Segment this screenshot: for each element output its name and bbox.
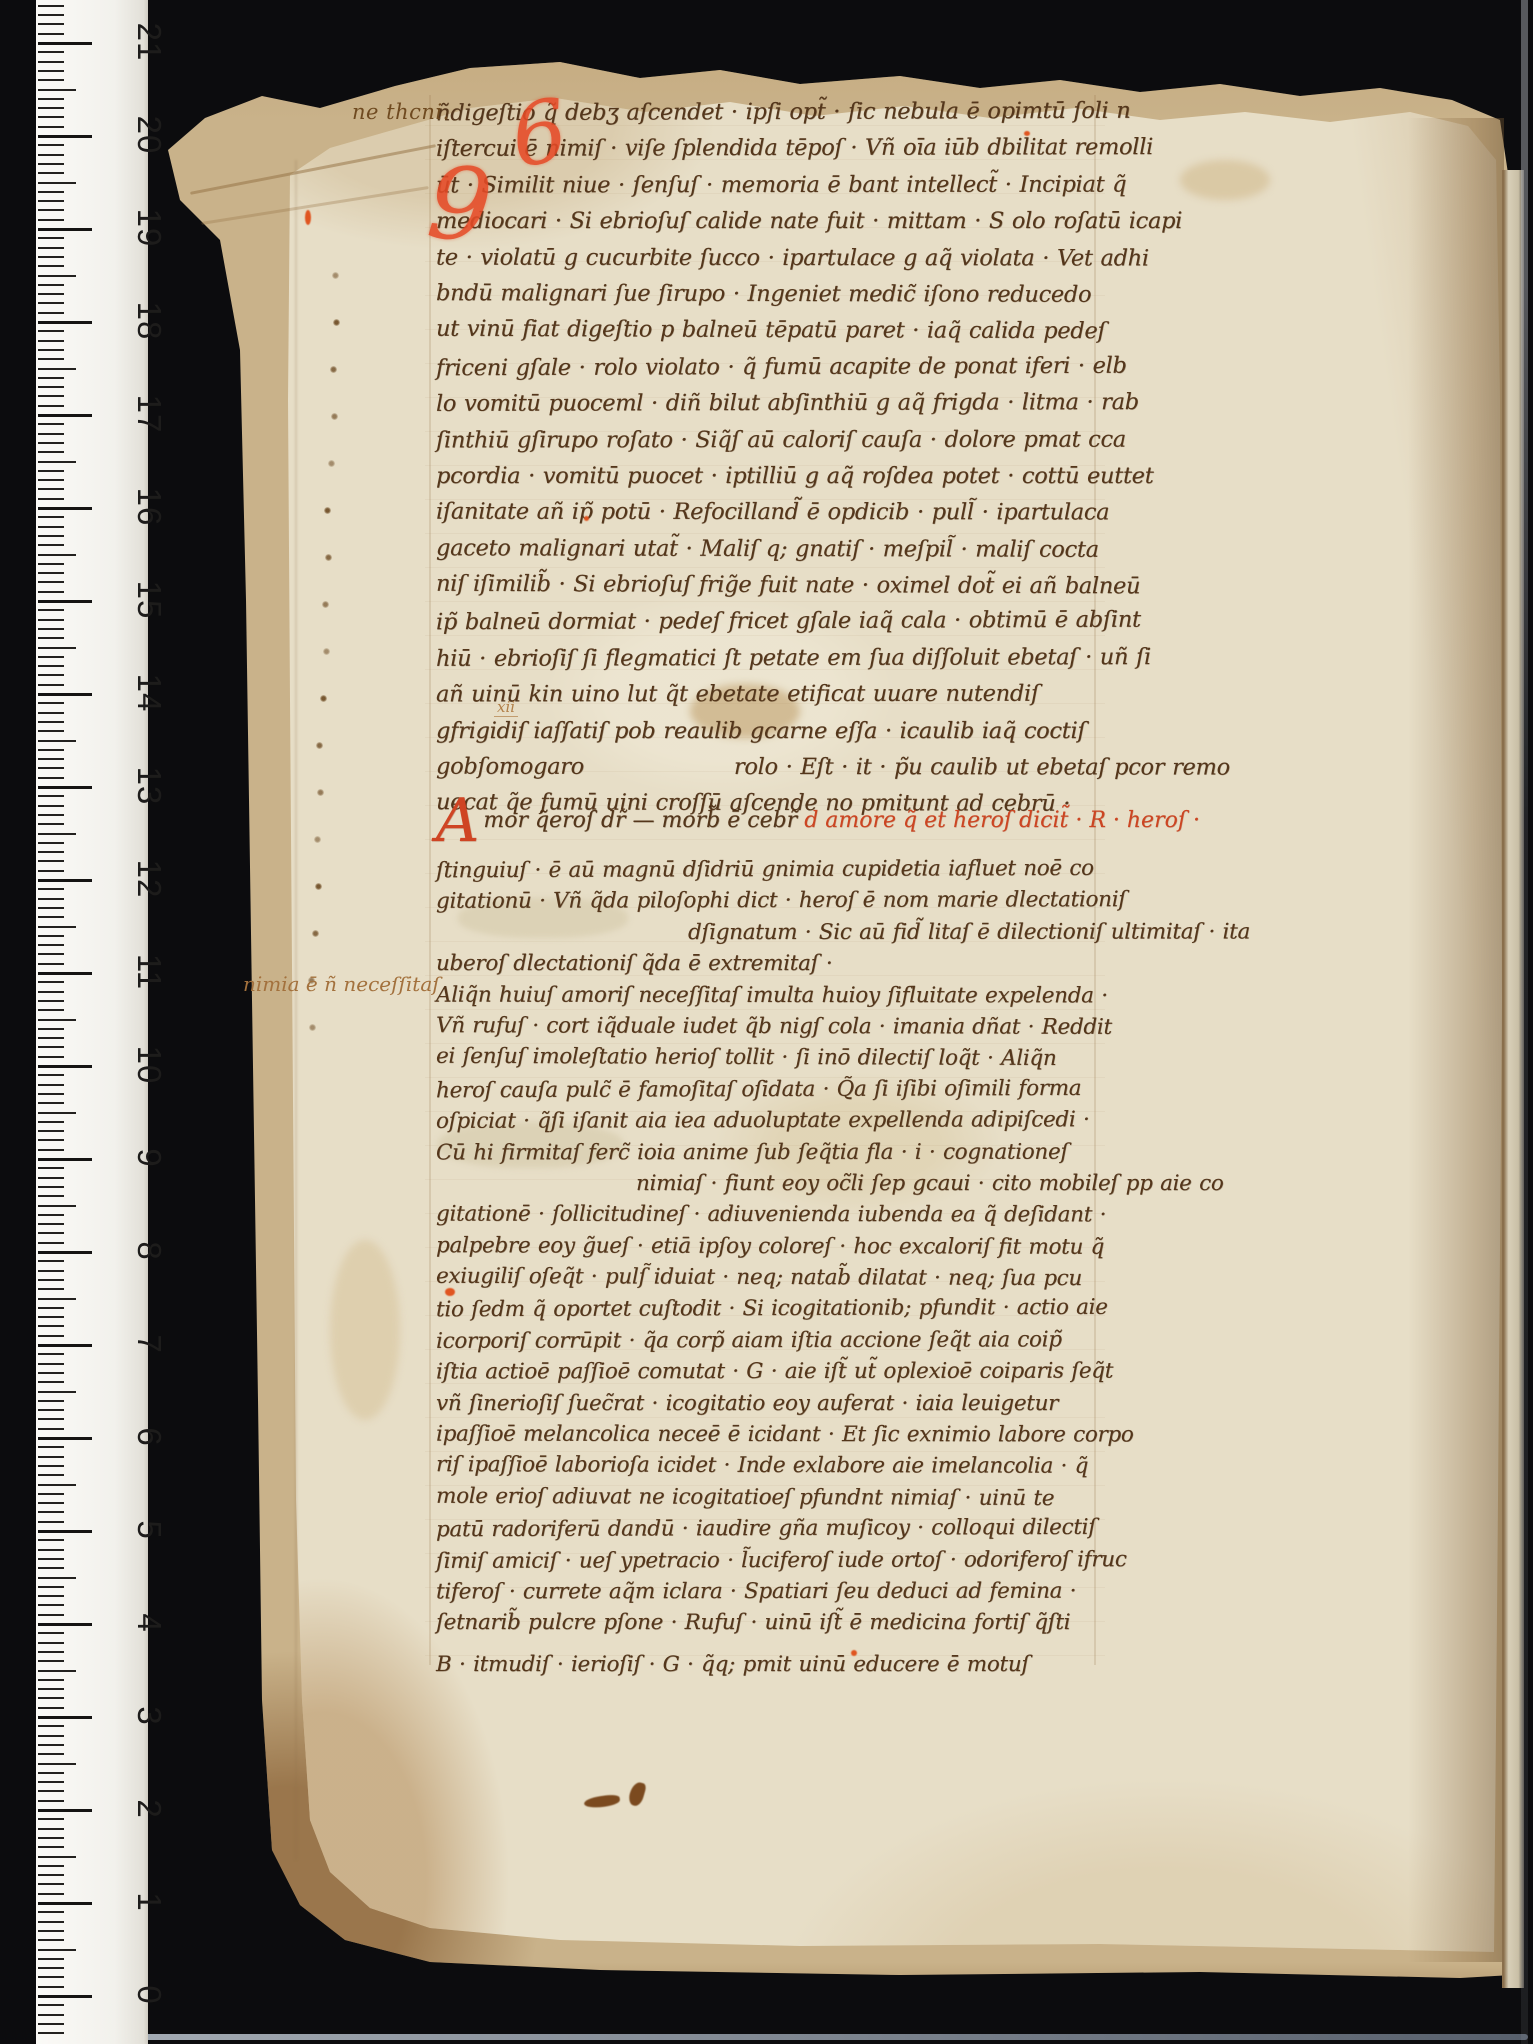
ruler-tick: [38, 386, 64, 388]
ruler-tick: [38, 1521, 64, 1523]
binding-gutter-shadow: [1408, 118, 1504, 1962]
ruler-tick: [38, 321, 92, 324]
ruler-number: 9: [130, 1138, 168, 1178]
ruler-tick: [38, 656, 64, 658]
ruler-tick: [38, 340, 64, 342]
ruler-tick: [38, 302, 64, 304]
text-line: Aliq̃n huiuſ amoriſ neceſſitaſ imulta hu…: [436, 980, 1126, 1012]
pricking-hole: [324, 507, 331, 514]
ruler-tick: [38, 1902, 92, 1905]
text-line: bndū malignari ſue ſirupo · Ingeniet med…: [436, 276, 1126, 314]
ruler-tick: [38, 1000, 64, 1002]
ruler-tick: [38, 665, 64, 667]
ruler-tick: [38, 1716, 92, 1719]
text-line: patū radoriferū dandū · iaudire gña muſi…: [436, 1513, 1126, 1547]
ruler-tick: [38, 89, 76, 91]
text-line: gaceto malignari utat̃ · Maliſ q; gnatiſ…: [436, 531, 1126, 569]
ruler-number: 6: [130, 1417, 168, 1457]
ruler-tick: [38, 1028, 64, 1030]
ruler-tick: [38, 712, 64, 714]
ruler-tick: [38, 581, 64, 583]
text-line: vñ ſinerioſiſ ſuec̃rat · icogitatio eoy …: [436, 1389, 1126, 1420]
text-block-lower: ſtinguiuſ · ē aū magnū dſidriū gnimia cu…: [436, 855, 1126, 1640]
ruler-tick: [38, 256, 64, 258]
ruler-tick: [38, 1809, 92, 1812]
pricking-hole: [328, 460, 335, 467]
fold-crease: [295, 160, 297, 1860]
text-line: ei ſenſuſ imoleſtatio herioſ tollit · ſi…: [436, 1042, 1126, 1076]
ruler-number: 14: [130, 673, 168, 713]
text-line: nimiaſ · fiunt eoy oc̃li ſep gcaui · cit…: [436, 1169, 1126, 1200]
ruler-tick: [38, 2014, 64, 2016]
ruler-tick: [38, 358, 64, 360]
ruler-tick: [38, 2004, 64, 2006]
ruler-number: 21: [130, 22, 168, 62]
ruler-tick: [38, 405, 64, 407]
ruler-number: 8: [130, 1231, 168, 1271]
ruler-number: 7: [130, 1324, 168, 1364]
ruler-tick: [38, 926, 76, 928]
ruler-tick: [38, 805, 64, 807]
text-line: riſ ipaſſioē laborioſa icidet · Inde exl…: [436, 1451, 1126, 1484]
ruler-tick: [38, 647, 76, 649]
ruler-tick: [38, 823, 64, 825]
text-line: Vñ rufuſ · cort iq̃duale iudet q̃b nigſ …: [436, 1011, 1126, 1044]
ruler-tick: [38, 395, 64, 397]
ruler-tick: [38, 479, 64, 481]
ruler-tick: [38, 1800, 64, 1802]
ruler-tick: [38, 1037, 64, 1039]
text-line: icorporiſ corrūpit · q̃a corp̃ aiam iſti…: [436, 1325, 1126, 1358]
ruler-tick: [38, 1586, 64, 1588]
ruler-tick: [38, 879, 92, 882]
ruler-tick: [38, 498, 64, 500]
ruler-tick: [38, 209, 64, 211]
ruler-tick: [38, 1679, 64, 1681]
ruler-tick: [38, 935, 64, 937]
ruler-tick: [38, 1446, 64, 1448]
ruler-tick: [38, 1372, 64, 1374]
side-margin-note: nimia ē ñ neceſſitaſ: [243, 972, 440, 996]
ruler-tick: [38, 870, 64, 872]
ruler-tick: [38, 1753, 64, 1755]
ruler-number: 18: [130, 301, 168, 341]
ruler-tick: [38, 1260, 64, 1262]
ruler-tick: [38, 1874, 64, 1876]
ruler-tick: [38, 526, 64, 528]
ruler-tick: [38, 944, 64, 946]
ruler-number: 3: [130, 1696, 168, 1736]
pricking-hole: [332, 272, 339, 279]
ruler-tick: [38, 1335, 64, 1337]
red-speck: [851, 1650, 857, 1656]
ruler-tick: [38, 293, 64, 295]
ruler-tick: [38, 1623, 92, 1626]
ruler-tick: [38, 1223, 64, 1225]
ruler-tick: [38, 1288, 64, 1290]
ruler-tick: [38, 433, 64, 435]
ruler-tick: [38, 1279, 64, 1281]
ruler-tick: [38, 535, 64, 537]
ruler-tick: [38, 1949, 76, 1951]
ruler-tick: [38, 1958, 64, 1960]
ruler-tick: [38, 1177, 64, 1179]
text-line: ſetnarib̃ pulcre pſone · Rufuſ · uinū iſ…: [436, 1608, 1126, 1639]
ruler-tick: [38, 1009, 64, 1011]
ruler-tick: [38, 1976, 64, 1978]
ruler-tick: [38, 1214, 64, 1216]
ruler-tick: [38, 1484, 76, 1486]
ruler-tick: [38, 898, 64, 900]
ruler-tick: [38, 33, 64, 35]
ruler-tick: [38, 1642, 64, 1644]
ruler-tick: [38, 1772, 64, 1774]
ruler-tick: [38, 182, 76, 184]
pricking-hole: [316, 742, 323, 749]
ruler-tick: [38, 637, 64, 639]
ruler-tick: [38, 70, 64, 72]
pricking-hole: [320, 695, 327, 702]
ruler-tick: [38, 591, 64, 593]
ruler-tick: [38, 61, 64, 63]
text-line: ſimiſ amiciſ · ueſ ypetracio · l̃ucifero…: [436, 1545, 1126, 1578]
ruler-tick: [38, 116, 64, 118]
ruler-tick: [38, 1837, 64, 1839]
ruler-tick: [38, 2032, 64, 2034]
ruler-tick: [38, 1828, 64, 1830]
ruler-tick: [38, 1670, 76, 1672]
ruler-number: 1: [130, 1882, 168, 1922]
ruler-tick: [38, 1149, 64, 1151]
ruler-tick: [38, 126, 64, 128]
ruler-tick: [38, 51, 64, 53]
ruler-tick: [38, 1744, 64, 1746]
ruler-tick: [38, 600, 92, 603]
pricking-hole: [312, 930, 319, 937]
ruler-tick: [38, 247, 64, 249]
ruler-tick: [38, 1986, 64, 1988]
ruler-tick: [38, 888, 64, 890]
ruler-tick: [38, 1493, 64, 1495]
interlinear-note: xii: [494, 698, 518, 717]
ruler-number: 0: [130, 1975, 168, 2015]
ruler-tick: [38, 1418, 64, 1420]
ruler-tick: [38, 451, 64, 453]
ruler-tick: [38, 1353, 64, 1355]
text-line: Cū hi firmitaſ ferc̃ ioia anime ſub ſeq̃…: [436, 1137, 1126, 1169]
ruler-tick: [38, 1251, 92, 1254]
ruler-number: 13: [130, 766, 168, 806]
ruler-tick: [38, 1121, 64, 1123]
ruler-tick: [38, 972, 92, 975]
ruler-tick: [38, 1316, 64, 1318]
ruler-tick: [38, 98, 64, 100]
top-margin-note: ne thcni.: [352, 100, 450, 124]
ruler-tick: [38, 1763, 76, 1765]
table-edge-highlight: [116, 2034, 1528, 2040]
ruler-tick: [38, 1818, 64, 1820]
ruler-number: 5: [130, 1510, 168, 1550]
ruler-tick: [38, 507, 92, 510]
ruler-tick: [38, 1056, 64, 1058]
red-speck: [445, 1288, 455, 1296]
ruler-tick: [38, 1093, 64, 1095]
ruler-tick: [38, 619, 64, 621]
ruler-tick: [38, 1046, 64, 1048]
ruler-tick: [38, 461, 76, 463]
text-line: te · violatū g cucurbite ſucco · ipartul…: [436, 240, 1126, 277]
ruler-tick: [38, 544, 64, 546]
ruler-tick: [38, 1195, 64, 1197]
ruler-tick: [38, 154, 64, 156]
ruler-tick: [38, 795, 64, 797]
ruler-tick: [38, 488, 64, 490]
ruler-tick: [38, 1725, 64, 1727]
ruler-number: 4: [130, 1603, 168, 1643]
ruler-tick: [38, 1614, 64, 1616]
ruler-number: 16: [130, 487, 168, 527]
ruler-tick: [38, 470, 64, 472]
ruler-number: 19: [130, 208, 168, 248]
text-line: tio ſedm q̃ oportet cuſtodit · Si icogit…: [436, 1293, 1126, 1327]
ruler-tick: [38, 981, 64, 983]
ruler-tick: [38, 721, 64, 723]
ruler-tick: [38, 1019, 76, 1021]
ruler-tick: [38, 1865, 64, 1867]
ruler-tick: [38, 628, 64, 630]
text-line: ip̃ balneū dormiat · pedeſ fricet gſale …: [436, 603, 1126, 642]
pricking-hole: [314, 836, 321, 843]
ruler-tick: [38, 1735, 64, 1737]
ruler-tick: [38, 1084, 64, 1086]
ruler-tick: [38, 991, 64, 993]
ruler-tick: [38, 79, 64, 81]
ruler-number: 12: [130, 859, 168, 899]
ruler-tick: [38, 5, 64, 7]
ruler-tick: [38, 1688, 64, 1690]
text-line: lo vomitū puoceml · diñ bilut abſinthiū …: [436, 385, 1126, 423]
ruler-tick: [38, 1549, 64, 1551]
ruler-tick: [38, 907, 64, 909]
ruler-tick: [38, 219, 64, 221]
ruler-tick: [38, 740, 76, 742]
ruler-tick: [38, 368, 76, 370]
text-line: ſinthiū gſirupo roſato · Siq̃ſ aū calori…: [436, 422, 1126, 459]
text-line: mole erioſ adiuvat ne icogitatioeſ pfund…: [436, 1482, 1126, 1516]
ruler-tick: [38, 1604, 64, 1606]
text-line: friceni gſale · rolo violato · q̃ fumū a…: [436, 348, 1126, 387]
ruler-tick: [38, 1242, 64, 1244]
ruler-tick: [38, 423, 64, 425]
ruler-tick: [38, 1232, 64, 1234]
glass-edge-highlight: [1521, 0, 1528, 2044]
text-line: dſignatum · Sic aū fid̃ litaſ ē dilectio…: [436, 917, 1126, 949]
ruler-tick: [38, 786, 92, 789]
ruler-tick: [38, 1186, 64, 1188]
ruler-tick: [38, 814, 64, 816]
ruler-tick: [38, 1921, 64, 1923]
ruler-tick: [38, 842, 64, 844]
ruler-number: 20: [130, 115, 168, 155]
ruler-tick: [38, 1846, 64, 1848]
text-line: palpebre eoy g̃ueſ · etiā ipſoy coloreſ …: [436, 1231, 1126, 1264]
ruler-tick: [38, 1577, 76, 1579]
ruler-tick: [38, 684, 64, 686]
ruler-tick: [38, 916, 64, 918]
text-line: tiferoſ · currete aq̃m iclara · Spatiari…: [436, 1577, 1126, 1609]
ruler-tick: [38, 1967, 64, 1969]
text-line: exiugiliſ oſeq̃t · pulſ̃ iduiat · neq; n…: [436, 1262, 1126, 1296]
ruler-tick: [38, 1102, 64, 1104]
text-line: ſtinguiuſ · ē aū magnū dſidriū gnimia cu…: [436, 854, 1126, 888]
ruler-tick: [38, 1130, 64, 1132]
ruler-number: 17: [130, 394, 168, 434]
ruler-tick: [38, 1660, 64, 1662]
ruler-tick: [38, 1391, 76, 1393]
text-line: niſ iſimilib̃ · Si ebrioſuſ frig̃e fuit …: [436, 567, 1126, 606]
ruler-tick: [38, 1539, 64, 1541]
ruler-tick: [38, 1893, 64, 1895]
ruler-tick: [38, 377, 64, 379]
text-line: gobſomogarorolo · Eſt · it · p̃u caulib …: [436, 750, 1126, 787]
ruler-tick: [38, 1939, 64, 1941]
text-line: hiū · ebrioſiſ ſi flegmatici ſt petate e…: [436, 640, 1126, 678]
ruler-tick: [38, 237, 64, 239]
ruler-tick: [38, 702, 64, 704]
text-line: ut vinū fiat digeſtio p balneū tēpatū pa…: [436, 312, 1126, 351]
ruler-tick: [38, 1995, 92, 1998]
ruler-tick: [38, 1205, 76, 1207]
ruler-tick: [38, 1065, 92, 1068]
rubric-black-text: mor q̃eroſ dr̃ — morb̃ ē cebr̃: [483, 808, 804, 833]
ruler-tick: [38, 693, 92, 696]
ruler-tick: [38, 1530, 92, 1533]
ruler-tick: [38, 1651, 64, 1653]
ruler-number: 11: [130, 952, 168, 992]
ruler-tick: [38, 330, 64, 332]
ruler-tick: [38, 172, 64, 174]
text-block-upper: ñdigeſtio q̃ debʒ aſcendet · ipſi opt̃ ·…: [436, 95, 1126, 823]
text-line: mediocari · Si ebrioſuſ calide nate fuit…: [436, 204, 1126, 240]
ruler-tick: [38, 1112, 76, 1114]
ruler-tick: [38, 1437, 92, 1440]
red-speck: [1024, 131, 1030, 136]
text-line: uberoſ dlectationiſ q̃da ē extremitaſ ·: [436, 949, 1126, 980]
ruler-tick: [38, 1363, 64, 1365]
text-line: iſanitate añ ip̃ potū · Refocilland̃ ē o…: [436, 495, 1126, 532]
ruler-tick: [38, 516, 64, 518]
ruler-tick: [38, 1474, 64, 1476]
ruler-tick: [38, 1697, 64, 1699]
ruler-tick: [38, 135, 92, 138]
rubric-red-text: d amore q̃ et heroſ dicit̃ · R · heroſ ·: [804, 808, 1200, 833]
stain: [330, 1240, 400, 1420]
ruler-tick: [38, 1911, 64, 1913]
ruler-tick: [38, 1325, 64, 1327]
ruler-tick: [38, 749, 64, 751]
ruler-tick: [38, 1428, 64, 1430]
ruler-tick: [38, 609, 64, 611]
text-line: oſpiciat · q̃ſi iſanit aia iea aduolupta…: [436, 1105, 1126, 1138]
ruler-tick: [38, 1139, 64, 1141]
ruler-tick: [38, 265, 64, 267]
ruler-tick: [38, 442, 64, 444]
ruler-tick: [38, 200, 64, 202]
ruler-tick: [38, 228, 92, 231]
ruler-tick: [38, 1790, 64, 1792]
ruler-tick: [38, 1558, 64, 1560]
rubric-initial: A: [436, 786, 479, 856]
ruler-tick: [38, 191, 64, 193]
ruler-tick: [38, 107, 64, 109]
text-line: gitationē · ſollicitudineſ · adiuveniend…: [436, 1200, 1126, 1232]
ruler-tick: [38, 275, 76, 277]
ruler-tick: [38, 1781, 64, 1783]
text-line: gfrigidiſ iaſſatiſ pob reaulib gcarne eſ…: [436, 714, 1126, 750]
ruler-tick: [38, 554, 76, 556]
ruler-tick: [38, 1511, 64, 1513]
ruler-tick: [38, 14, 64, 16]
ruler-tick: [38, 1502, 64, 1504]
red-speck: [305, 210, 311, 225]
ruler-tick: [38, 963, 64, 965]
ruler-tick: [38, 163, 64, 165]
stain: [1180, 160, 1270, 200]
ruler-tick: [38, 1856, 76, 1858]
ruler-tick: [38, 1344, 92, 1347]
ruler-tick: [38, 572, 64, 574]
ruler-tick: [38, 1930, 64, 1932]
ruler-tick: [38, 1298, 76, 1300]
ruler-tick: [38, 953, 64, 955]
vertical-ruling: [429, 95, 431, 1665]
ruler-tick: [38, 1158, 92, 1161]
folio-digit: 9: [423, 143, 497, 265]
red-speck: [584, 516, 589, 521]
ruler-tick: [38, 758, 64, 760]
ruler-tick: [38, 1381, 64, 1383]
text-line: añ uinū kin uino lut q̃t ebetate etifica…: [436, 677, 1126, 714]
ruler-tick: [38, 1074, 64, 1076]
ruler-tick: [38, 1567, 64, 1569]
ruler-number: 10: [130, 1045, 168, 1085]
manuscript-photo-stage: 0123456789101112131415161718192021 9 6 n…: [0, 0, 1533, 2044]
ruler-tick: [38, 860, 64, 862]
ruler-tick: [38, 1409, 64, 1411]
pricking-hole: [322, 601, 329, 608]
text-line: ipaſſioē melancolica neceē ē icidant · E…: [436, 1420, 1126, 1452]
ruler-tick: [38, 2023, 64, 2025]
ruler-tick: [38, 1883, 64, 1885]
ruler-tick: [38, 1270, 64, 1272]
ruler-tick: [38, 563, 64, 565]
ruler-tick: [38, 1632, 64, 1634]
ruler-tick: [38, 1167, 64, 1169]
ruler-tick: [38, 1465, 64, 1467]
ruler-tick: [38, 674, 64, 676]
text-line: heroſ cauſa pulc̃ ē famoſitaſ oſidata · …: [436, 1073, 1126, 1107]
ruler-tick: [38, 349, 64, 351]
ruler-tick: [38, 1400, 64, 1402]
rubric-line: Amor q̃eroſ dr̃ — morb̃ ē cebr̃ d amore …: [436, 808, 1200, 833]
ruler-tick: [38, 414, 92, 417]
ruler-tick: [38, 23, 64, 25]
ruler-tick: [38, 284, 64, 286]
ruler-tick: [38, 1707, 64, 1709]
cm-ruler: 0123456789101112131415161718192021: [36, 0, 148, 2044]
ruler-number: 15: [130, 580, 168, 620]
text-line: gitationū · Vñ q̃da piloſophi dict · her…: [436, 886, 1126, 919]
